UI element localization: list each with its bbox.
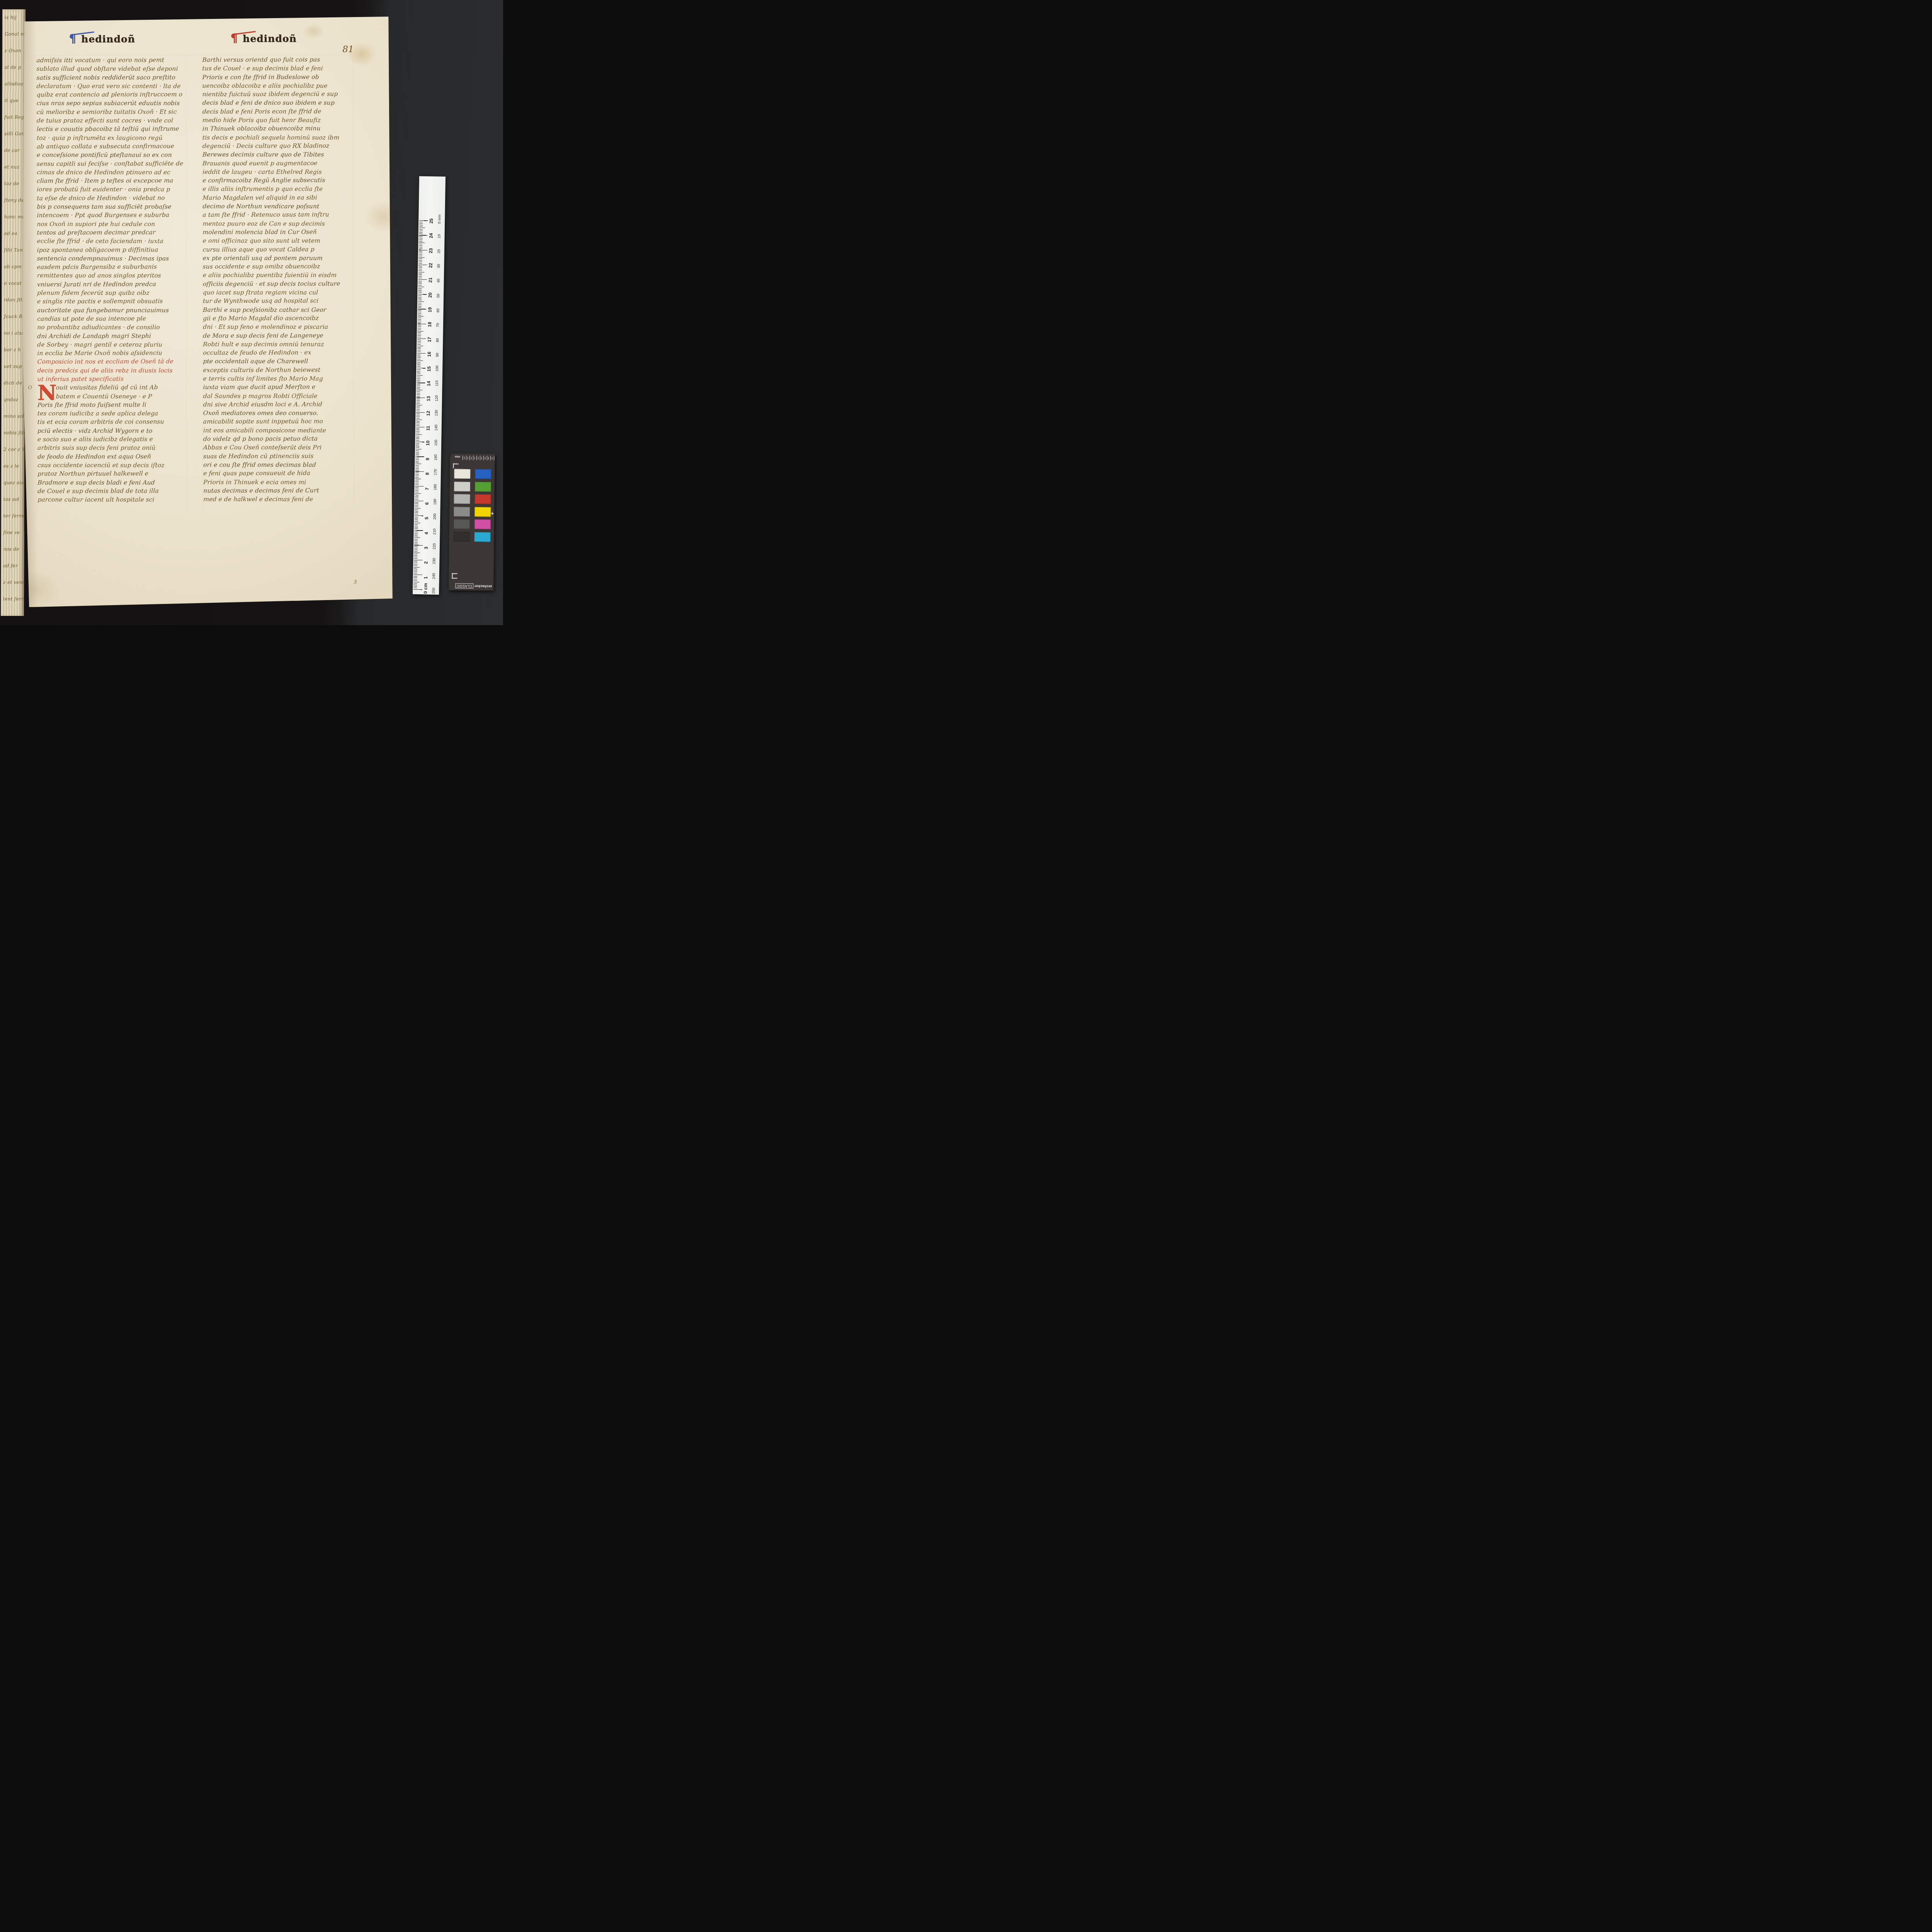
- text-line: e feni quas pape consueuit de hida: [203, 469, 355, 478]
- text-line: auctoritate qua fungebamur pnunciauimus: [37, 306, 189, 315]
- ruler-cm-label: 15: [427, 365, 431, 371]
- running-header-left-word: hedindoñ: [81, 33, 135, 44]
- running-header-left: ¶ hedindoñ: [69, 32, 135, 45]
- text-line: do videlz qd p bono pacis petuo dicta: [203, 435, 355, 444]
- text-line: Oxoñ mediatores omes deo conuerso.: [203, 410, 355, 418]
- text-line: toz · quia p inſtrumēta ex laugicono reg…: [36, 134, 188, 143]
- ruler-cm-label: 17: [427, 336, 432, 342]
- text-line: remittentes quo ad anos singlos pteritos: [37, 272, 189, 281]
- ruler-mm-label: 0 mm: [437, 218, 442, 224]
- photograph-stage: is hijGonal milz Oxonal de pallodiazit q…: [0, 0, 503, 625]
- margin-text-fragment: quez aias: [1, 474, 24, 491]
- running-header-right: ¶ hedindoñ: [230, 31, 296, 45]
- ruler-mm-label: 130: [434, 410, 439, 416]
- text-line: no probantibz adiudicantes · de consilio: [37, 324, 189, 332]
- left-column-lower-block: O N ouit vniusitas fideliū qd cū int Abb…: [37, 384, 189, 505]
- ruler-mm-label: 230: [432, 558, 437, 564]
- text-line: cius nras sepo sepius subiacerūt eduutis…: [36, 100, 188, 108]
- margin-text-fragment: allodiaz: [2, 76, 25, 92]
- margin-note-mark: O: [28, 385, 32, 391]
- text-line: parcone cultur iacent ult hospitale sci: [37, 496, 189, 505]
- color-patch: [454, 469, 470, 479]
- text-line: sublato illud quod obſtare videbat eſse …: [36, 65, 188, 74]
- text-line: exceptis culturis de Northun beiewest: [203, 366, 355, 375]
- margin-text-fragment: is hij: [2, 9, 26, 26]
- registration-bracket-icon: [453, 463, 458, 468]
- margin-text-fragment: ter ſerre: [1, 508, 24, 524]
- text-line: lectis e couutis pbacoibz tā teſtiū qui …: [36, 126, 188, 134]
- margin-text-fragment: bar z h: [2, 342, 25, 358]
- text-line: pte occidentali aque de Charewell: [203, 358, 355, 366]
- text-line: Abbas e Cou Oseñ conteſserūt deis Pri: [203, 444, 355, 452]
- ruler-mm-label: 100: [435, 366, 440, 372]
- running-header-right-word: hedindoñ: [243, 33, 297, 44]
- text-line: cursu illius aque quo vocat Caldea p: [202, 246, 354, 255]
- ruler-cm-label: 3: [424, 543, 429, 549]
- color-patch: [454, 519, 470, 529]
- color-patch: [475, 482, 491, 492]
- colorchecker-patch-grid: [453, 469, 491, 542]
- margin-text-fragment: al de p: [2, 59, 26, 76]
- text-line: Poris ſte ffrid moto fuiſsent multe li: [37, 401, 189, 410]
- margin-text-fragment: no i alsud: [2, 325, 25, 342]
- margin-text-fragment: fuit Regis: [2, 109, 25, 126]
- text-line: dni sive Archid eiusdm loci e A. Archid: [203, 401, 355, 410]
- text-line: ouit vniusitas fideliū qd cū int Ab: [37, 384, 189, 393]
- margin-text-fragment: qndaz: [1, 391, 24, 408]
- ruler-mm-label: 30: [437, 262, 441, 268]
- text-line: Prioris e con ſte ffrid in Budeslowe ob: [202, 73, 354, 82]
- text-column-right: Barthi versus orientd quo fuit cois past…: [202, 56, 355, 504]
- text-line: e aliis pochialibz puentibz fuientiū in …: [202, 272, 354, 280]
- ruler-mm-label: 120: [435, 395, 439, 401]
- ruler-mm-label: 160: [434, 454, 438, 461]
- margin-text-fragment: it que: [2, 92, 25, 109]
- text-line: nientibz fuictuū suoz ibidem degenciū e …: [202, 90, 354, 99]
- margin-text-fragment: silli Gon: [2, 126, 25, 142]
- margin-text-fragment: nos de: [1, 541, 24, 558]
- ruler-mm-label: 50: [436, 291, 441, 298]
- text-line: e illis aliis inſtrumentis p quo ecclia …: [202, 185, 354, 194]
- margin-text-fragment: fine ve: [1, 524, 24, 541]
- quire-mark: 3: [354, 579, 357, 585]
- text-line: tus de Couel · e sup decimis blad e feni: [202, 65, 354, 73]
- ruler-cm-label: 20: [428, 291, 432, 298]
- text-line: dni Archidi de Landaph magri Stephi: [37, 332, 189, 341]
- text-line: de Couel e sup decimis blad de tota illa: [37, 487, 189, 496]
- text-line: occultaz de feudo de Hedindon · ex: [203, 349, 355, 358]
- folio-number: 81: [342, 44, 354, 54]
- margin-text-fragment: hanc mea: [2, 209, 25, 225]
- color-patch: [474, 519, 491, 529]
- text-line: tis decis e pochiali sequela hominū suoz…: [202, 134, 354, 142]
- paraph-mark-red-icon: ¶: [230, 32, 238, 45]
- text-line: dal Saundes p magros Robti Officiale: [203, 392, 355, 401]
- text-line: batem e Couentū Oseneye · e P: [37, 393, 189, 401]
- ruler-mm-label: 190: [433, 499, 438, 505]
- text-line: ta eſse de dnico de Hedindon · videbat n…: [37, 194, 189, 203]
- margin-text-fragment: taz de: [2, 175, 25, 192]
- ruler-mm-label: 70: [436, 321, 440, 327]
- left-column-upper-block: admiſsis itti vocatum · qui eoro nois pe…: [36, 56, 189, 358]
- ruler-cm-label: 2: [423, 558, 428, 564]
- margin-text-fragment: tas sol: [1, 491, 24, 508]
- ruler-cm-label: 14: [426, 380, 431, 386]
- color-patch: [474, 507, 491, 517]
- margin-text-fragment: dicti de: [1, 375, 24, 391]
- text-line: amicabilit sopite sunt inppetuū hoc mo: [203, 418, 355, 427]
- ruler-scale: 2524232221201918171615141312111098765432…: [413, 220, 445, 591]
- text-line: decis blad e feni Poris econ ſte ffrid d…: [202, 108, 354, 117]
- text-line: pratoz Northun pirtuuel halkewell e: [37, 470, 189, 479]
- margin-text-fragment: mino sol: [1, 408, 24, 425]
- text-line: med e de halkwel e decimas feni de: [203, 496, 355, 504]
- text-line: Prioris in Thinuek e ecia omes mi: [203, 478, 355, 487]
- text-line: degenciū · Decis culture quo RX bladinoz: [202, 142, 354, 151]
- rubric-line: decis predcis qui de aliis rebz in diusi…: [37, 367, 189, 375]
- text-line: candias ut pote de sua intencoe ple: [37, 315, 189, 324]
- text-line: intencoem · Ppt quod Burgenses e suburba: [37, 211, 189, 220]
- ruler-cm-label: 16: [427, 350, 432, 357]
- text-line: plenum fidem fecerūt sup quibz oibz: [37, 289, 189, 298]
- text-line: in ecclia be Marie Oxoñ nobis aſsidenciu: [37, 349, 189, 358]
- text-line: sentencia condempnauimus · Decimas ipas: [37, 255, 189, 263]
- text-line: gii e ſto Mario Magdal dio ascencoibz: [202, 315, 354, 323]
- text-line: e confirmacoibz Regū Anglie subsecutis: [202, 177, 354, 185]
- ruler-cm-label: 4: [424, 528, 429, 534]
- text-column-left: admiſsis itti vocatum · qui eoro nois pe…: [36, 56, 189, 505]
- text-line: nos Oxoñ in supiori pte hui cedule con: [37, 220, 189, 229]
- manuscript-page: ¶ hedindoñ ¶ hedindoñ 81 admiſsis itti v…: [22, 16, 393, 607]
- color-patch: [454, 481, 470, 491]
- ruler-cm-label: 10: [425, 439, 430, 446]
- text-line: tis et ecia coram arbitris de coi consen…: [37, 418, 189, 427]
- text-line: vniuersi Jurati nri de Hedindon predca: [37, 281, 189, 289]
- ruler-cm-label: 13: [426, 395, 431, 401]
- colorchecker-mm-label: mm: [455, 455, 460, 459]
- color-patch: [474, 532, 490, 542]
- colorchecker-card: mm + orcheckerCLASSIC: [449, 453, 495, 590]
- ruler-mm-label: 250: [432, 587, 436, 594]
- text-line: declaratum · Quo erat vero sic contenti …: [36, 83, 188, 91]
- ruler-mm-label: 220: [432, 543, 437, 549]
- ruler-cm-label: 19: [427, 306, 432, 312]
- margin-text-fragment: lent ſerre: [1, 591, 24, 607]
- text-line: de Sorbey · magri gentil e ceteroz pluri…: [37, 341, 189, 349]
- ruler-mm-label: 20: [437, 247, 442, 253]
- text-line: pciū electis · vidz Archid Wygorn e to: [37, 427, 189, 435]
- text-line: sus occidente e sup omibz obuencoibz: [202, 263, 354, 272]
- ruler-mm-label: 150: [434, 439, 439, 446]
- ruler-cm-label: 21: [428, 277, 433, 283]
- margin-text-fragment: z et venies: [1, 574, 24, 591]
- calibration-ruler: 2524232221201918171615141312111098765432…: [413, 176, 446, 595]
- margin-text-fragment: 2 cor z Will: [1, 441, 24, 458]
- text-line: in Thinuek oblacoibz obuencoibz minu: [202, 125, 354, 134]
- text-line: e omi officinaz quo sito sunt ult vetem: [202, 237, 354, 246]
- ruler-cm-label: 25: [429, 217, 434, 223]
- ruler-cm-label: 5: [424, 514, 429, 520]
- text-line: e terris cultis inf limites ſto Mario Ma…: [203, 375, 355, 383]
- text-line: Bradmore e sup decis bladi e feni Aud: [37, 479, 189, 487]
- margin-text-fragment: rdan ſtli: [2, 292, 25, 308]
- text-line: cimas de dnico de Hedindon ptinuero ad e…: [37, 168, 189, 177]
- ruler-mm-label: 170: [434, 469, 438, 475]
- ruler-mm-label: 210: [432, 528, 437, 534]
- text-line: de tuius pratoz effecti sunt cocres · vn…: [36, 117, 188, 126]
- margin-text-fragment: ab cpm: [2, 259, 25, 275]
- ruler-cm-label: 24: [429, 232, 433, 238]
- text-line: quo iacet sup ſtrata regiam vicina cul: [202, 289, 354, 298]
- ruler-cm-label: 22: [428, 262, 433, 268]
- text-line: dni · Et sup feno e molendinoz e piscari…: [203, 323, 355, 332]
- text-line: Barthi e sup pceſsionibz cathar sci Geor: [202, 306, 354, 315]
- text-line: ipoz spontanea obligacoem p diffinitiua: [37, 246, 189, 255]
- colorchecker-brand: orchecker: [474, 584, 492, 588]
- ruler-mm-label: 240: [432, 573, 437, 579]
- ruler-cm-label: 9: [425, 454, 430, 460]
- text-line: easdem pdcis Burgensibz e suburbanis: [37, 263, 189, 272]
- ruler-mm-label: 90: [435, 351, 440, 357]
- color-patch: [474, 494, 491, 504]
- ruler-cm-label: 6: [425, 498, 429, 505]
- text-line: Mario Magdalen vel aliquid in ea sibi: [202, 194, 354, 203]
- text-line: ex pte orientali usq ad pontem paruum: [202, 254, 354, 263]
- ruler-mm-label: 60: [436, 306, 440, 313]
- margin-text-fragment: uet sup: [2, 358, 25, 375]
- registration-plus-icon: +: [491, 510, 494, 517]
- margin-text-fragment: Gonal mil: [2, 26, 26, 43]
- text-line: ab antiquo collata e subsecuta confirmac…: [36, 143, 188, 151]
- color-patch: [454, 494, 470, 504]
- lower-lines: ouit vniusitas fideliū qd cū int Abbatem…: [37, 384, 189, 505]
- ruler-mm-label: 200: [433, 514, 437, 520]
- ruler-cm-label: 23: [429, 247, 433, 253]
- text-line: de feodo de Hedindon ext aqua Oseñ: [37, 453, 189, 462]
- text-line: Berewes decimis culture quo de Tibites: [202, 151, 354, 160]
- text-line: int eos amicabili composicone mediante: [203, 427, 355, 435]
- text-line: e singlis rite pactis e sollempnit obsua…: [37, 298, 189, 306]
- ruler-mm-label: 80: [435, 336, 440, 342]
- colorchecker-mm-ruler: [463, 456, 494, 461]
- ruler-mm-label: 40: [437, 277, 441, 283]
- text-line: decis blad e feni de dnico suo ibidem e …: [202, 99, 354, 108]
- margin-text-fragment: Jcuck Riat: [2, 308, 25, 325]
- margin-text-fragment: es z le: [1, 458, 24, 474]
- ruler-cm-label: 11: [426, 425, 430, 431]
- rubric-block: Composicio int nos et eccliam de Oseñ tā…: [37, 358, 189, 384]
- text-line: bis p consequens tam sua sufficiēt proba…: [37, 203, 189, 212]
- margin-text-fragment: ad ea: [2, 225, 25, 242]
- colorchecker-series: CLASSIC: [455, 583, 473, 588]
- ruler-cm-label: 1: [423, 573, 428, 579]
- ruler-mm-label: 10: [437, 232, 442, 238]
- colorchecker-label: orcheckerCLASSIC: [449, 583, 492, 588]
- text-line: molendini molencia blad in Cur Oseñ: [202, 228, 354, 237]
- color-patch: [454, 507, 470, 516]
- text-line: iores probatū fuit euidenter · onia pred…: [37, 186, 189, 194]
- margin-text-fragment: et nuz: [2, 159, 25, 175]
- text-line: decimo de Northun vendicare poſsunt: [202, 203, 354, 211]
- ruler-mm-label: 140: [434, 425, 439, 431]
- text-line: arbitris suis sup decis feni pratoz oniū: [37, 444, 189, 453]
- text-line: a tam ſte ffrid · Retenuco usus tam inſt…: [202, 211, 354, 220]
- text-line: mentoz puuro eoz de Can e sup decimis: [202, 220, 354, 228]
- text-line: e conceſsione pontificū pteſtanaui so ex…: [36, 151, 188, 160]
- margin-text-fragment: de car: [2, 142, 25, 159]
- rubric-line: Composicio int nos et eccliam de Oseñ tā…: [37, 358, 189, 367]
- margin-text-fragment: z Oxon: [2, 43, 26, 59]
- text-line: tur de Wynthwode usq ad hospital sci: [202, 297, 354, 306]
- registration-bracket-icon: [452, 573, 457, 578]
- margin-text-fragment: ſilii Tam: [2, 242, 25, 259]
- text-line: quibz erat contencio ad plenioris inſtru…: [36, 91, 188, 100]
- text-line: iuxta viam que ducit apud Merſton e: [203, 383, 355, 392]
- text-line: satis sufficient nobis reddiderūt saco p…: [36, 74, 188, 83]
- text-line: de Mora e sup decis feni de Langeneye: [203, 332, 355, 341]
- margin-text-fragment: ſtony de: [2, 192, 25, 209]
- text-line: suas de Hedindon cū ptinenciis suis: [203, 452, 355, 461]
- text-line: ieddit de laugeu · carta Ethelred Regis: [202, 168, 354, 177]
- ruler-cm-label: 12: [426, 410, 430, 416]
- text-line: tentos ad preſtacoem decimar predcar: [37, 229, 189, 238]
- text-line: ecclie ſte ffrid · de ceto faciendam · i…: [37, 238, 189, 246]
- ruler-mm-label: 110: [435, 380, 439, 386]
- text-line: uencoibz oblacoibz e aliis pochialibz pu…: [202, 82, 354, 90]
- text-line: ori e cou ſte ffrid omes decimas blad: [203, 461, 355, 469]
- text-line: sensu capitli sui feciſse · conſtabat su…: [36, 160, 188, 169]
- text-line: Brauanis quod euenit p augmentacoe: [202, 160, 354, 168]
- ruler-mm-label: 180: [433, 484, 438, 490]
- text-line: admiſsis itti vocatum · qui eoro nois pe…: [36, 56, 188, 65]
- paraph-mark-blue-icon: ¶: [69, 32, 77, 46]
- text-line: tes coram iudicibz a sede aplica delega: [37, 410, 189, 418]
- text-line: csus occidente iacenciū et sup decis iſt…: [37, 462, 189, 470]
- margin-text-fragment: ad fer: [1, 558, 24, 574]
- color-patch: [453, 532, 469, 541]
- rubric-line: ut inferius patet specificatis: [37, 375, 189, 384]
- ruler-cm-label: 18: [427, 321, 432, 327]
- ruler-cm-label: 7: [425, 484, 429, 490]
- ruler-cm-label: 0 cm: [423, 587, 428, 594]
- text-line: cū melioribz e semioribz tuitatis Oxoñ ·…: [36, 108, 188, 117]
- margin-text-fragment: o vocat: [2, 275, 25, 292]
- color-patch: [475, 469, 491, 479]
- margin-text-fragment: nobis ſili: [1, 425, 24, 441]
- text-line: Barthi versus orientd quo fuit cois pas: [202, 56, 354, 65]
- text-line: medio hide Poris quo fuit henr Beaufiz: [202, 117, 354, 125]
- text-line: cliam ſte ffrid · Item p teſtes oi excep…: [37, 177, 189, 186]
- text-line: e socio suo e aliis iudicibz delegatis e: [37, 435, 189, 444]
- text-line: nutas decimas e decimas feni de Curt: [203, 487, 355, 496]
- ruler-cm-label: 8: [425, 469, 430, 475]
- text-line: officiis degenciū · et sup decis tocius …: [202, 280, 354, 289]
- facing-folio-edge: is hijGonal milz Oxonal de pallodiazit q…: [1, 9, 26, 616]
- text-line: Robti hult e sup decimis omniū tenuraz: [203, 340, 355, 349]
